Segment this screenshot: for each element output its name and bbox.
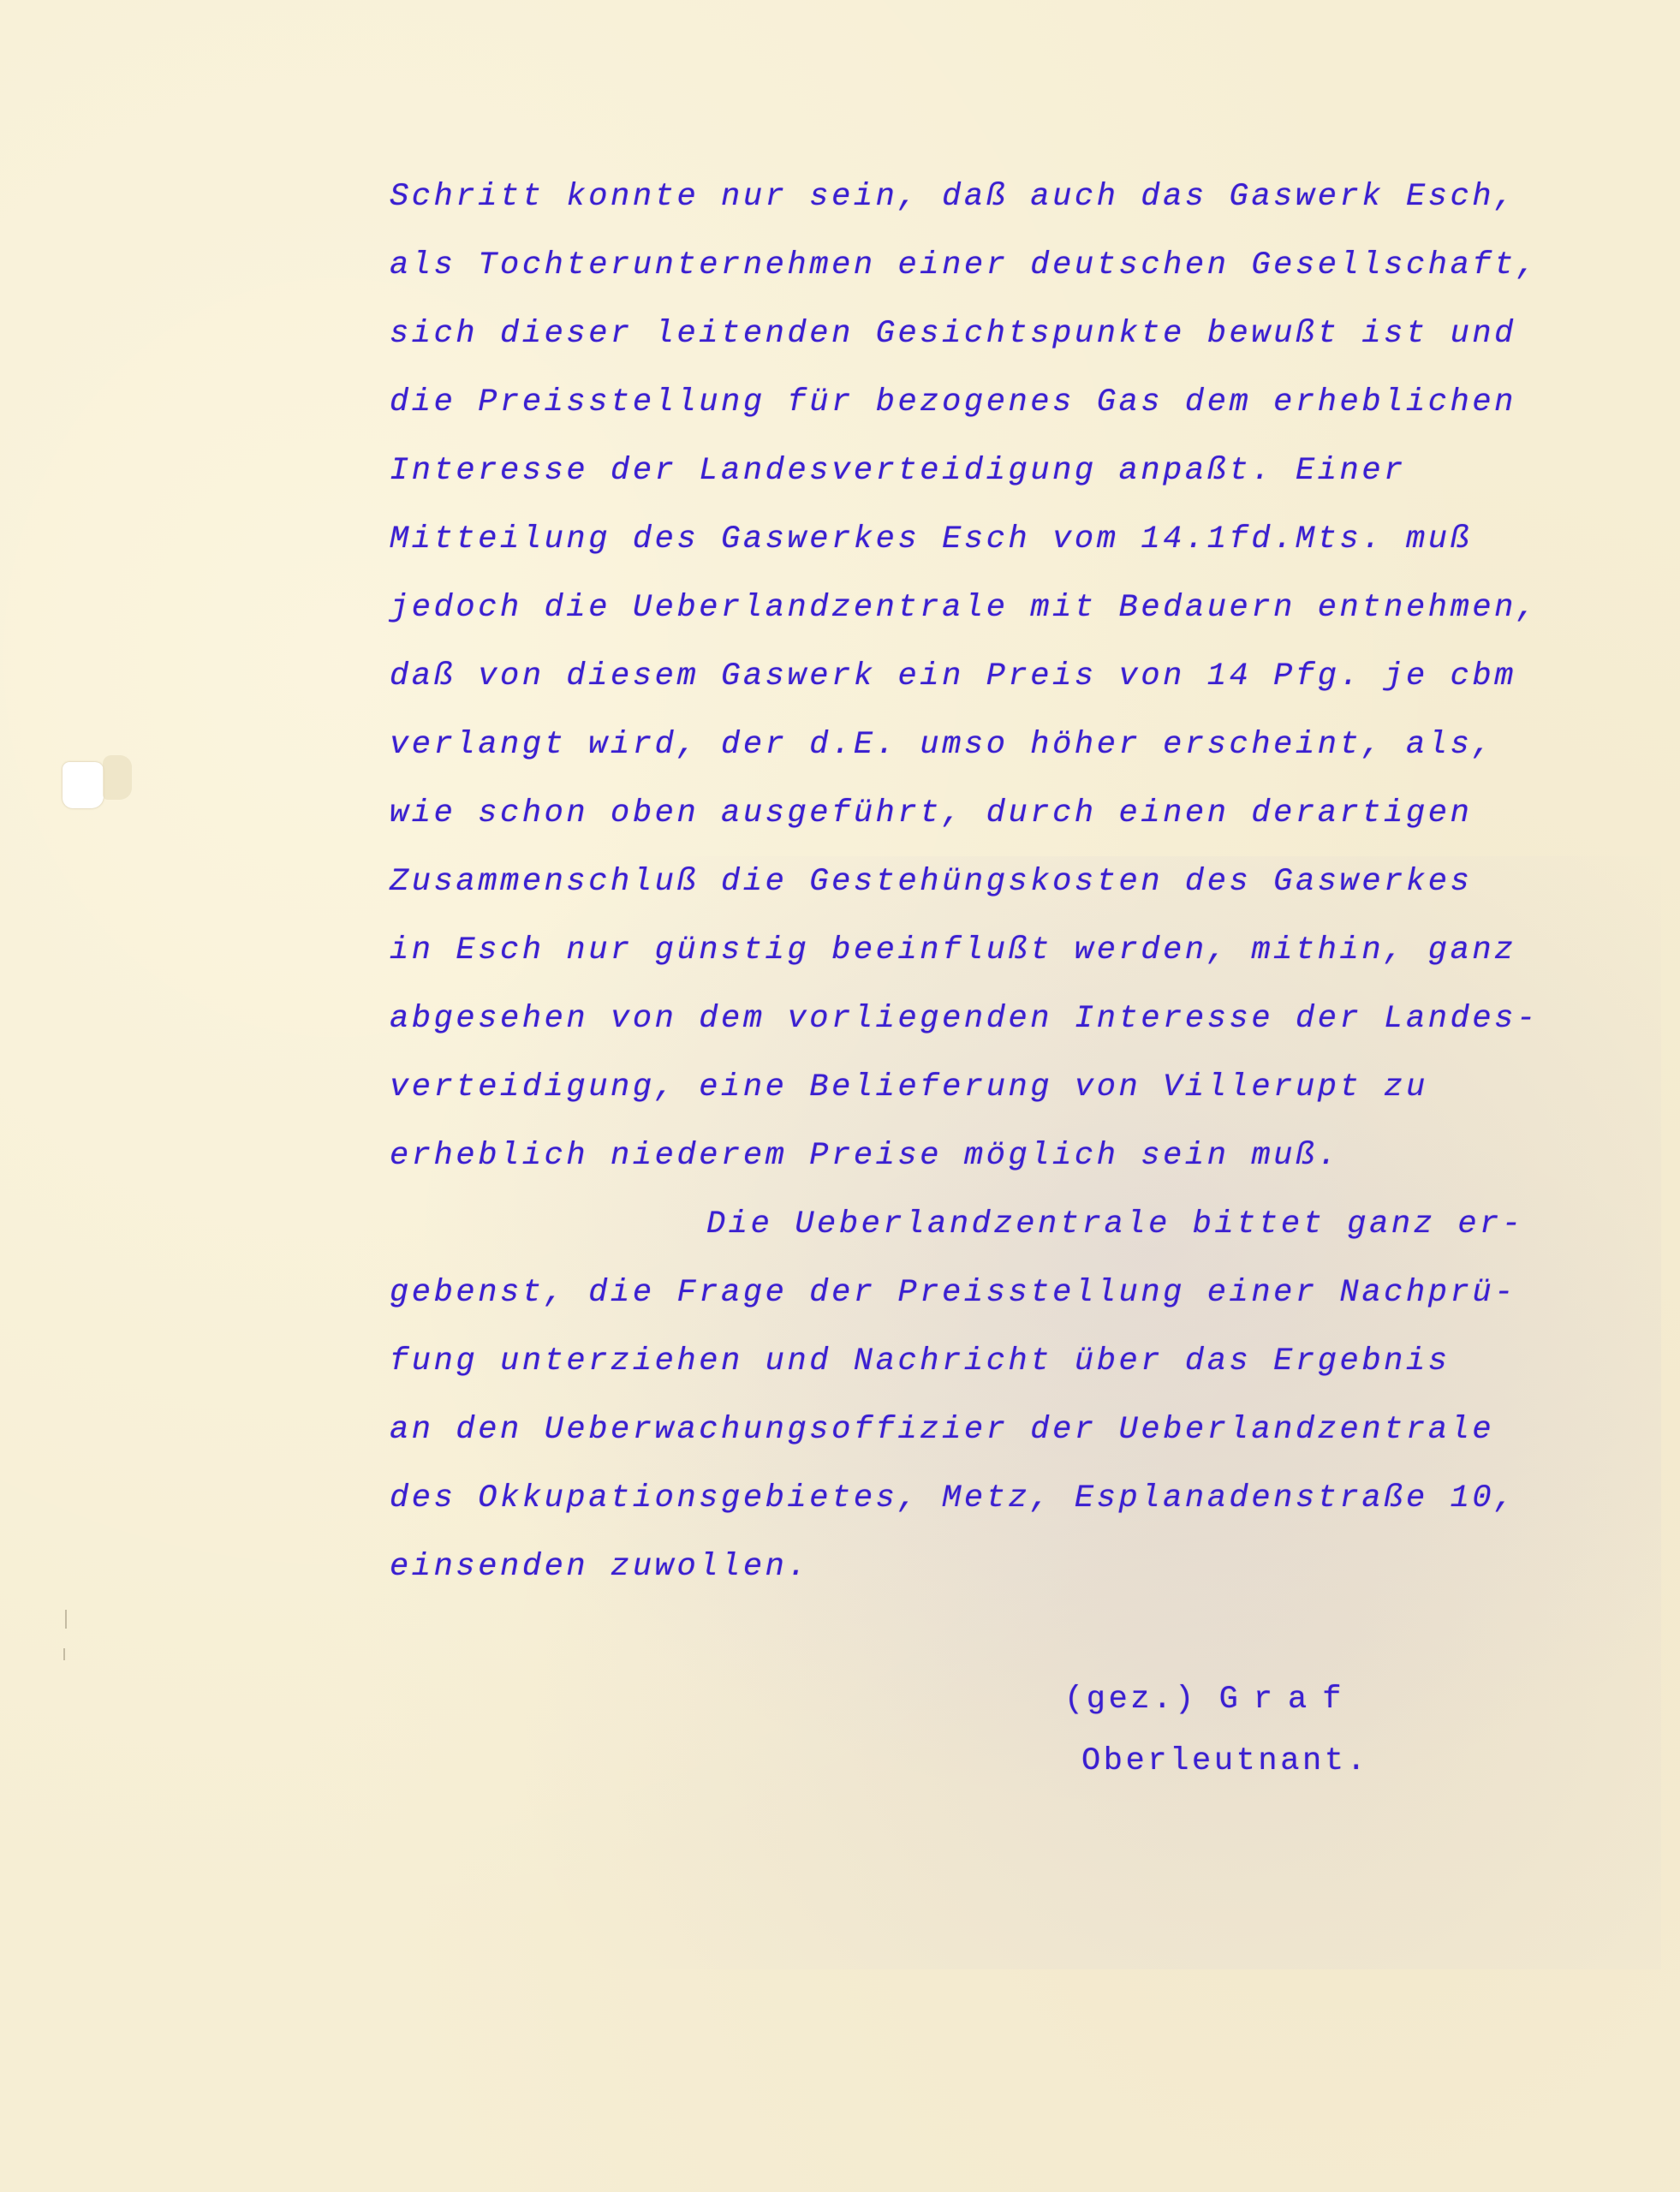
document-page: Schritt konnte nur sein, daß auch das Ga… <box>0 0 1680 2192</box>
signatory-name: Graf <box>1219 1682 1357 1718</box>
body-line: Interesse der Landesverteidigung anpaßt.… <box>390 445 1623 514</box>
body-line: die Preisstellung für bezogenes Gas dem … <box>390 377 1623 445</box>
body-line: Zusammenschluß die Gestehüngskosten des … <box>390 856 1623 925</box>
body-line: jedoch die Ueberlandzentrale mit Bedauer… <box>390 582 1623 651</box>
body-line: wie schon oben ausgeführt, durch einen d… <box>390 788 1623 856</box>
body-line: abgesehen von dem vorliegenden Interesse… <box>390 993 1623 1062</box>
paragraph-line: fung unterziehen und Nachricht über das … <box>390 1336 1623 1404</box>
paragraph-line: an den Ueberwachungsoffizier der Ueberla… <box>390 1404 1623 1473</box>
paragraph-line: Die Ueberlandzentrale bittet ganz er- <box>390 1199 1623 1267</box>
margin-mark <box>63 1648 65 1660</box>
body-line: Mitteilung des Gaswerkes Esch vom 14.1fd… <box>390 514 1623 582</box>
body-line: als Tochterunternehmen einer deutschen G… <box>390 240 1623 308</box>
signature-prefix: (gez.) <box>1064 1682 1197 1718</box>
body-line: sich dieser leitenden Gesichtspunkte bew… <box>390 308 1623 377</box>
body-line: daß von diesem Gaswerk ein Preis von 14 … <box>390 651 1623 719</box>
signature-block: (gez.) Graf Oberleutnant. <box>1064 1674 1368 1797</box>
paragraph-line: einsenden zuwollen. <box>390 1541 1623 1610</box>
body-line: Schritt konnte nur sein, daß auch das Ga… <box>390 171 1623 240</box>
paragraph-line: des Okkupationsgebietes, Metz, Esplanade… <box>390 1473 1623 1541</box>
body-line: in Esch nur günstig beeinflußt werden, m… <box>390 925 1623 993</box>
body-line: erheblich niederem Preise möglich sein m… <box>390 1130 1623 1199</box>
signature-line: (gez.) Graf <box>1064 1674 1368 1736</box>
margin-mark <box>65 1610 67 1629</box>
punch-hole-flap <box>103 755 132 800</box>
body-line: verlangt wird, der d.E. umso höher ersch… <box>390 719 1623 788</box>
signatory-rank: Oberleutnant. <box>1064 1736 1368 1797</box>
paragraph-line: gebenst, die Frage der Preisstellung ein… <box>390 1267 1623 1336</box>
body-line: verteidigung, eine Belieferung von Ville… <box>390 1062 1623 1130</box>
letter-body: Schritt konnte nur sein, daß auch das Ga… <box>390 171 1623 1610</box>
punch-hole <box>63 762 104 808</box>
